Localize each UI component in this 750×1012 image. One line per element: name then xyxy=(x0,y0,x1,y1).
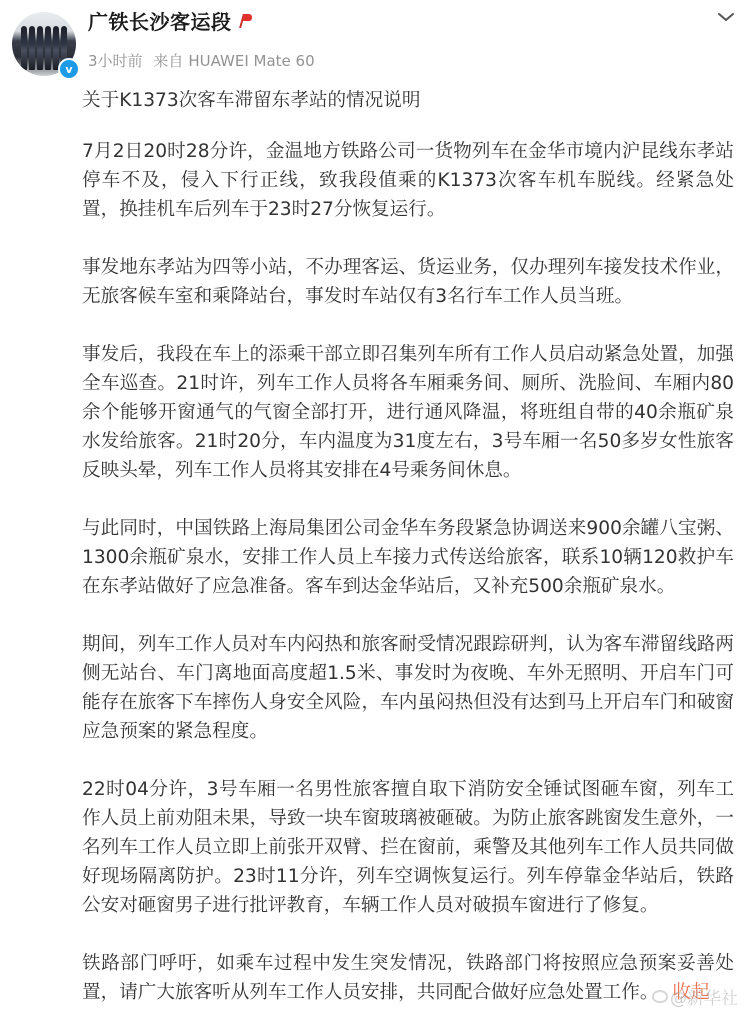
post-paragraph: 22时04分许，3号车厢一名男性旅客擅自取下消防安全锤试图砸车窗，列车工作人员上… xyxy=(82,775,734,920)
post-paragraph: 7月2日20时28分许，金温地方铁路公司一货物列车在金华市境内沪昆线东孝站停车不… xyxy=(82,137,734,224)
post-paragraph: 与此同时，中国铁路上海局集团公司金华车务段紧急协调送来900余罐八宝粥、1300… xyxy=(82,514,734,601)
post-time[interactable]: 3小时前 xyxy=(88,52,143,70)
author-name-row: 广铁长沙客运段 xyxy=(88,6,252,35)
watermark-text: @新华社 xyxy=(670,984,738,1009)
verified-badge-icon: v xyxy=(58,58,80,80)
post-title: 关于K1373次客车滞留东孝站的情况说明 xyxy=(82,86,734,115)
chevron-down-icon xyxy=(716,10,736,24)
post-paragraph: 事发后，我段在车上的添乘干部立即召集列车所有工作人员启动紧急处置，加强全车巡查。… xyxy=(82,340,734,485)
post-paragraph: 期间，列车工作人员对车内闷热和旅客耐受情况跟踪研判，认为客车滞留线路两侧无站台、… xyxy=(82,630,734,746)
post-paragraph: 事发地东孝站为四等小站，不办理客运、货运业务，仅办理列车接发技术作业，无旅客候车… xyxy=(82,253,734,311)
post-source-prefix: 来自 xyxy=(153,52,183,70)
author-name[interactable]: 广铁长沙客运段 xyxy=(88,6,232,35)
post-meta: 3小时前 来自HUAWEI Mate 60 xyxy=(88,50,315,71)
post-menu-button[interactable] xyxy=(716,10,736,24)
post-paragraph-last: 铁路部门呼吁，如乘车过程中发生突发情况，铁路部门将按照应急预案妥善处置，请广大旅… xyxy=(82,949,734,1007)
red-flag-icon xyxy=(240,13,252,29)
post-body: 关于K1373次客车滞留东孝站的情况说明 7月2日20时28分许，金温地方铁路公… xyxy=(82,86,734,1007)
post-paragraph-text: 铁路部门呼吁，如乘车过程中发生突发情况，铁路部门将按照应急预案妥善处置，请广大旅… xyxy=(82,953,734,1003)
watermark: @新华社 xyxy=(652,984,738,1009)
weibo-logo-icon xyxy=(652,990,668,1003)
post-source-device: HUAWEI Mate 60 xyxy=(188,52,314,70)
